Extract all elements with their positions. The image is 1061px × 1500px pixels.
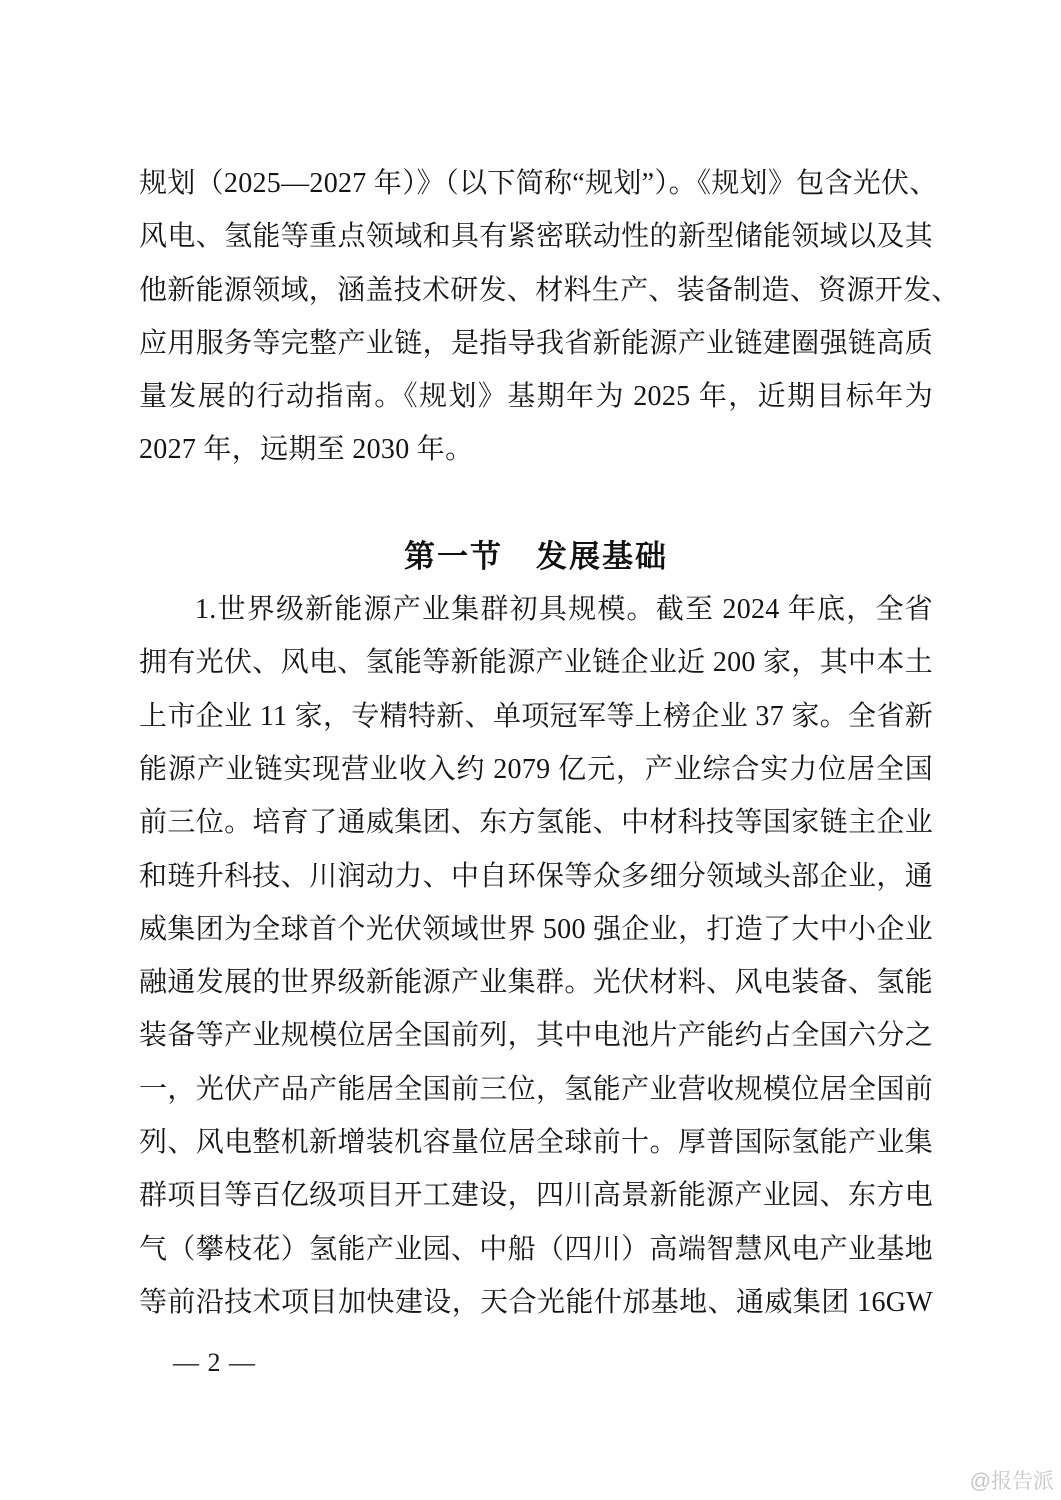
text-line: 融通发展的世界级新能源产业集群。光伏材料、风电装备、氢能 [139,956,933,1009]
text-line: 气（攀枝花）氢能产业园、中船（四川）高端智慧风电产业基地 [139,1223,933,1276]
intro-paragraph: 规划（2025—2027 年）》（以下简称“规划”）。《规划》包含光伏、风电、氢… [139,157,933,477]
text-line: 1.世界级新能源产业集群初具规模。截至 2024 年底，全省 [139,583,933,636]
document-page: 规划（2025—2027 年）》（以下简称“规划”）。《规划》包含光伏、风电、氢… [0,0,1061,1500]
text-line: 一，光伏产品产能居全国前三位，氢能产业营收规模位居全国前 [139,1063,933,1116]
text-line: 规划（2025—2027 年）》（以下简称“规划”）。《规划》包含光伏、 [139,157,933,210]
text-line: 2027 年，远期至 2030 年。 [139,423,933,476]
text-line: 列、风电整机新增装机容量位居全球前十。厚普国际氢能产业集 [139,1116,933,1169]
text-line: 威集团为全球首个光伏领域世界 500 强企业，打造了大中小企业 [139,903,933,956]
text-line: 他新能源领域，涵盖技术研发、材料生产、装备制造、资源开发、 [139,264,933,317]
text-line: 装备等产业规模位居全国前列，其中电池片产能约占全国六分之 [139,1009,933,1062]
text-line: 风电、氢能等重点领域和具有紧密联动性的新型储能领域以及其 [139,210,933,263]
text-line: 拥有光伏、风电、氢能等新能源产业链企业近 200 家，其中本土 [139,636,933,689]
watermark: @报告派 [970,1465,1054,1495]
section-heading: 第一节 发展基础 [139,530,933,583]
text-line: 上市企业 11 家，专精特新、单项冠军等上榜企业 37 家。全省新 [139,690,933,743]
content-area: 规划（2025—2027 年）》（以下简称“规划”）。《规划》包含光伏、风电、氢… [139,157,933,1329]
text-line: 应用服务等完整产业链，是指导我省新能源产业链建圈强链高质 [139,317,933,370]
text-line: 量发展的行动指南。《规划》基期年为 2025 年，近期目标年为 [139,370,933,423]
section-body-paragraph: 1.世界级新能源产业集群初具规模。截至 2024 年底，全省拥有光伏、风电、氢能… [139,583,933,1329]
text-line: 群项目等百亿级项目开工建设，四川高景新能源产业园、东方电 [139,1169,933,1222]
text-line: 和琏升科技、川润动力、中自环保等众多细分领域头部企业，通 [139,850,933,903]
page-number: — 2 — [173,1346,256,1380]
text-line: 前三位。培育了通威集团、东方氢能、中材科技等国家链主企业 [139,796,933,849]
text-line: 能源产业链实现营业收入约 2079 亿元，产业综合实力位居全国 [139,743,933,796]
text-line: 等前沿技术项目加快建设，天合光能什邡基地、通威集团 16GW [139,1276,933,1329]
